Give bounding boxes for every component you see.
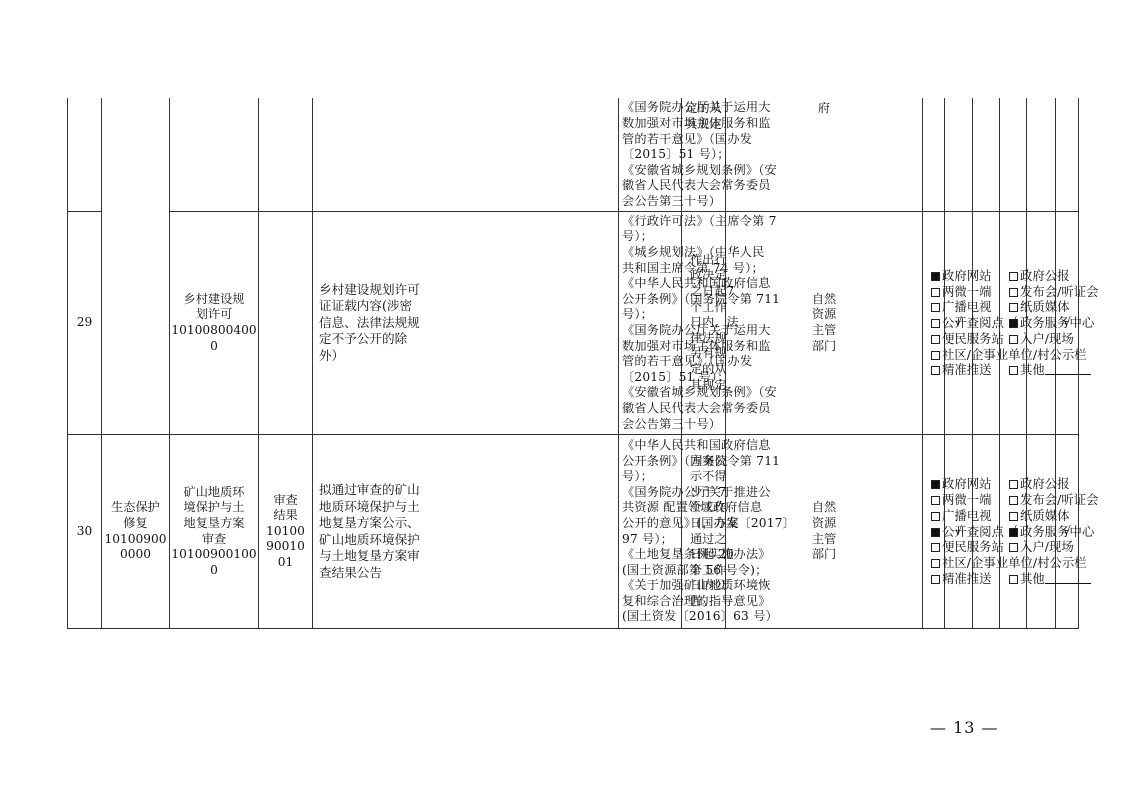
disclosure-channels: 政府网站政府公报两微一端发布会/听证会广播电视纸质媒体公开查阅点政务服务中心便民… bbox=[923, 435, 944, 628]
item-name-cell: 乡村建设规划许可101008004000 bbox=[170, 212, 258, 434]
text-line: 结果 bbox=[266, 508, 305, 524]
unchecked-box-icon[interactable] bbox=[931, 496, 940, 505]
disclosure-dept-cell-text: 自然资源主管部门 bbox=[812, 500, 836, 562]
checked-box-icon[interactable] bbox=[931, 480, 940, 489]
text-line: 矿山地质环 bbox=[171, 485, 256, 501]
unchecked-box-icon[interactable] bbox=[931, 512, 940, 521]
disclosure-content-cell-text: 乡村建设规划许可证证载内容(涉密信息、法律法规规定不予公开的除外） bbox=[319, 282, 420, 365]
text-line: 定的从 bbox=[685, 101, 722, 117]
text-line: 10100 bbox=[266, 524, 305, 540]
checkmark-icon: √ bbox=[1063, 315, 1071, 331]
disclosure-time-cell: 作出行政决定之日起7个工作日内，法律法规另有规定的从其规定 bbox=[682, 212, 725, 434]
disclosure-check-cell bbox=[1027, 435, 1055, 628]
text-line: 与土地复垦方案审 bbox=[319, 548, 420, 565]
disclosure-check-cell: √ bbox=[1000, 435, 1026, 628]
disclosure-check-cell bbox=[973, 212, 999, 434]
disclosure-dept-cell: 自然资源主管部门 bbox=[726, 212, 922, 434]
disclosure-check-cell bbox=[973, 435, 999, 628]
disclosure-dept-cell-text: 府 bbox=[818, 101, 830, 117]
unchecked-box-icon[interactable] bbox=[931, 335, 940, 344]
disclosure-content-cell: 乡村建设规划许可证证载内容(涉密信息、法律法规规定不予公开的除外） bbox=[313, 212, 618, 434]
text-line: 审查 bbox=[266, 493, 305, 509]
checkmark-icon: √ bbox=[955, 524, 963, 540]
text-line: 资源 bbox=[812, 516, 836, 532]
sub-item-cell: 审查结果101009001001 bbox=[259, 435, 312, 628]
text-line: 外） bbox=[319, 348, 420, 365]
text-line: 其规定 bbox=[685, 117, 722, 133]
text-line: 乡村建设规划许可 bbox=[319, 282, 420, 299]
text-line: 部门 bbox=[812, 547, 836, 563]
row-number: 29 bbox=[68, 212, 101, 434]
text-line: 0 bbox=[171, 339, 256, 355]
text-line: 审查 bbox=[171, 532, 256, 548]
text-line: 地复垦方案 bbox=[171, 516, 256, 532]
unchecked-box-icon[interactable] bbox=[931, 288, 940, 297]
disclosure-dept-cell: 自然资源主管部门 bbox=[726, 435, 922, 628]
text-line: 地复垦方案公示、 bbox=[319, 515, 420, 532]
item-name-cell-text: 乡村建设规划许可101008004000 bbox=[171, 292, 256, 354]
text-line: 0000 bbox=[104, 547, 166, 563]
checked-box-icon[interactable] bbox=[931, 272, 940, 281]
text-line: 划许可 bbox=[171, 307, 256, 323]
text-line: 府 bbox=[818, 101, 830, 117]
item-name-cell-text: 矿山地质环境保护与土地复垦方案审查101009001000 bbox=[171, 485, 256, 579]
disclosure-content-cell: 拟通过审查的矿山地质环境保护与土地复垦方案公示、矿山地质环境保护与土地复垦方案审… bbox=[313, 435, 618, 628]
checkmark-icon: √ bbox=[1063, 524, 1071, 540]
unchecked-box-icon[interactable] bbox=[931, 559, 940, 568]
disclosure-dept-cell-text: 自然资源主管部门 bbox=[812, 292, 836, 354]
category-cell-text: 生态保护修复101009000000 bbox=[104, 500, 166, 562]
checked-box-icon[interactable] bbox=[931, 528, 940, 537]
disclosure-check-cell bbox=[1027, 212, 1055, 434]
text-line: 90010 bbox=[266, 539, 305, 555]
disclosure-dept-cell: 府 bbox=[726, 99, 922, 211]
text-line: 01 bbox=[266, 555, 305, 571]
unchecked-box-icon[interactable] bbox=[931, 543, 940, 552]
disclosure-check-cell: √ bbox=[1056, 435, 1078, 628]
row-number: 30 bbox=[68, 435, 101, 628]
disclosure-channels: 政府网站政府公报两微一端发布会/听证会广播电视纸质媒体公开查阅点政务服务中心便民… bbox=[923, 212, 944, 434]
text-line: 主管 bbox=[812, 323, 836, 339]
checkmark-icon: √ bbox=[955, 315, 963, 331]
disclosure-time-cell-text: 定的从其规定 bbox=[685, 101, 722, 132]
text-line: 部门 bbox=[812, 339, 836, 355]
checkmark-icon: √ bbox=[1009, 524, 1017, 540]
table-hline bbox=[67, 628, 1079, 629]
row-number-text: 30 bbox=[77, 524, 93, 540]
text-line: 资源 bbox=[812, 307, 836, 323]
disclosure-check-cell: √ bbox=[1000, 212, 1026, 434]
legal-basis-cell: 《中华人民共和国政府信息公开条例》（国务院令第 711号）；《国务院办公厅关于推… bbox=[619, 435, 681, 628]
text-line: 10100800400 bbox=[171, 323, 256, 339]
disclosure-check-cell: √ bbox=[1056, 212, 1078, 434]
text-line: 境保护与土 bbox=[171, 500, 256, 516]
text-line: 10100900100 bbox=[171, 547, 256, 563]
unchecked-box-icon[interactable] bbox=[931, 303, 940, 312]
sub-item-cell-text: 审查结果101009001001 bbox=[266, 493, 305, 571]
item-name-cell: 矿山地质环境保护与土地复垦方案审查101009001000 bbox=[170, 435, 258, 628]
text-line: 生态保护 bbox=[104, 500, 166, 516]
text-line: 查结果公告 bbox=[319, 565, 420, 582]
unchecked-box-icon[interactable] bbox=[931, 575, 940, 584]
text-line: 10100900 bbox=[104, 532, 166, 548]
row-number-text: 29 bbox=[77, 315, 93, 331]
text-line: 自然 bbox=[812, 292, 836, 308]
disclosure-table: 《国务院办公厅关于运用大数加强对市场主体服务和监管的若干意见》（国办发〔2015… bbox=[67, 98, 1078, 628]
legal-basis-cell: 《行政许可法》（主席令第 7号）；《城乡规划法》（中华人民共和国主席令第 74 … bbox=[619, 212, 681, 434]
text-line: 证证载内容(涉密 bbox=[319, 298, 420, 315]
unchecked-box-icon[interactable] bbox=[931, 351, 940, 360]
disclosure-check-cell: √ bbox=[945, 212, 972, 434]
sub-item-cell bbox=[259, 212, 312, 434]
unchecked-box-icon[interactable] bbox=[931, 319, 940, 328]
text-line: 拟通过审查的矿山 bbox=[319, 482, 420, 499]
text-line: 矿山地质环境保护 bbox=[319, 532, 420, 549]
disclosure-time-cell: 方案公示不得少于 7个工作日，方案通过之日起 20个工作日内公告。 bbox=[682, 435, 725, 628]
text-line: 信息、法律法规规 bbox=[319, 315, 420, 332]
text-line: 修复 bbox=[104, 516, 166, 532]
legal-basis-cell: 《国务院办公厅关于运用大数加强对市场主体服务和监管的若干意见》（国办发〔2015… bbox=[619, 99, 681, 211]
text-line: 乡村建设规 bbox=[171, 292, 256, 308]
text-line: 自然 bbox=[812, 500, 836, 516]
category-cell: 生态保护修复101009000000 bbox=[102, 435, 169, 628]
disclosure-check-cell: √ bbox=[945, 435, 972, 628]
text-line: 0 bbox=[171, 563, 256, 579]
text-line: 定不予公开的除 bbox=[319, 331, 420, 348]
text-line: 地质环境保护与土 bbox=[319, 499, 420, 516]
page-number: — 13 — bbox=[930, 718, 999, 737]
unchecked-box-icon[interactable] bbox=[931, 366, 940, 375]
text-line: 主管 bbox=[812, 532, 836, 548]
disclosure-time-cell: 定的从其规定 bbox=[682, 99, 725, 211]
disclosure-content-cell-text: 拟通过审查的矿山地质环境保护与土地复垦方案公示、矿山地质环境保护与土地复垦方案审… bbox=[319, 482, 420, 581]
checkmark-icon: √ bbox=[1009, 315, 1017, 331]
